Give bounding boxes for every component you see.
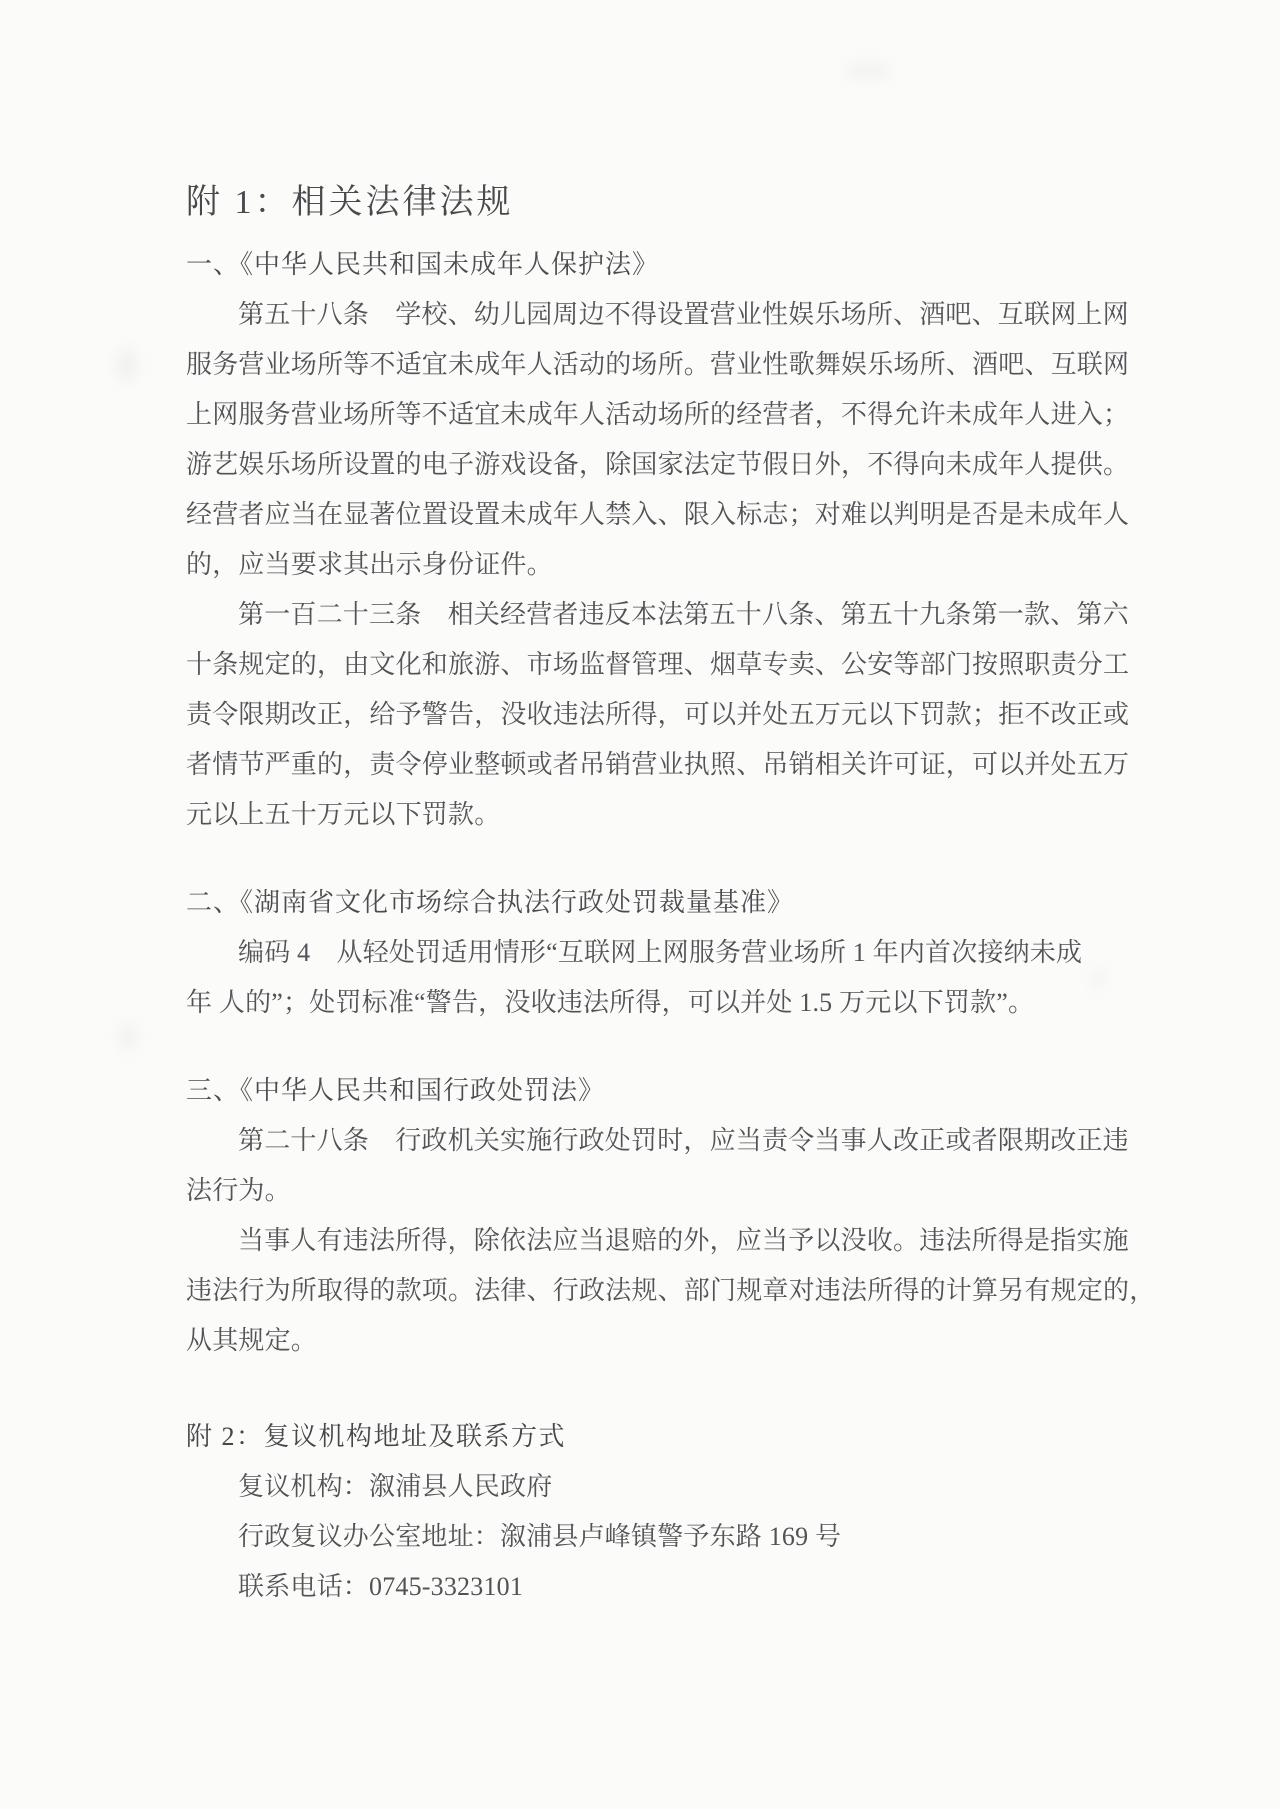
attachment2-heading: 附 2：复议机构地址及联系方式 <box>186 1412 1120 1462</box>
section-minor-protection-law: 一、《中华人民共和国未成年人保护法》 第五十八条 学校、幼儿园周边不得设置营业性… <box>186 240 1120 840</box>
text-line: 第五十八条 学校、幼儿园周边不得设置营业性娱乐场所、酒吧、互联网上网 <box>186 290 1120 340</box>
article-28-paragraph: 第二十八条 行政机关实施行政处罚时，应当责令当事人改正或者限期改正违 法行为。 <box>186 1116 1120 1216</box>
illegal-gains-paragraph: 当事人有违法所得，除依法应当退赔的外，应当予以没收。违法所得是指实施 违法行为所… <box>186 1216 1120 1366</box>
scan-smudge <box>118 1022 138 1052</box>
text-line: 上网服务营业场所等不适宜未成年人活动场所的经营者，不得允许未成年人进入； <box>186 390 1120 440</box>
text-line: 年 人的”；处罚标准“警告，没收违法所得，可以并处 1.5 万元以下罚款”。 <box>186 978 1120 1028</box>
text-line: 的，应当要求其出示身份证件。 <box>186 540 1120 590</box>
section-admin-penalty-law: 三、《中华人民共和国行政处罚法》 第二十八条 行政机关实施行政处罚时，应当责令当… <box>186 1066 1120 1366</box>
review-authority-line: 复议机构：溆浦县人民政府 <box>186 1462 1120 1512</box>
section2-heading: 二、《湖南省文化市场综合执法行政处罚裁量基准》 <box>186 878 1120 928</box>
section3-heading: 三、《中华人民共和国行政处罚法》 <box>186 1066 1120 1116</box>
code4-paragraph: 编码 4 从轻处罚适用情形“互联网上网服务营业场所 1 年内首次接纳未成 年 人… <box>186 928 1120 1028</box>
section-hunan-discretion-standard: 二、《湖南省文化市场综合执法行政处罚裁量基准》 编码 4 从轻处罚适用情形“互联… <box>186 878 1120 1028</box>
text-line: 从其规定。 <box>186 1316 1120 1366</box>
text-line: 第一百二十三条 相关经营者违反本法第五十八条、第五十九条第一款、第六 <box>186 590 1120 640</box>
scan-smudge <box>116 348 138 382</box>
text-line: 当事人有违法所得，除依法应当退赔的外，应当予以没收。违法所得是指实施 <box>186 1216 1120 1266</box>
section1-heading: 一、《中华人民共和国未成年人保护法》 <box>186 240 1120 290</box>
text-line: 者情节严重的，责令停业整顿或者吊销营业执照、吊销相关许可证，可以并处五万 <box>186 740 1120 790</box>
text-line: 十条规定的，由文化和旅游、市场监督管理、烟草专卖、公安等部门按照职责分工 <box>186 640 1120 690</box>
text-line: 违法行为所取得的款项。法律、行政法规、部门规章对违法所得的计算另有规定的， <box>186 1266 1120 1316</box>
text-line: 责令限期改正，给予警告，没收违法所得，可以并处五万元以下罚款；拒不改正或 <box>186 690 1120 740</box>
text-line: 第二十八条 行政机关实施行政处罚时，应当责令当事人改正或者限期改正违 <box>186 1116 1120 1166</box>
text-line: 编码 4 从轻处罚适用情形“互联网上网服务营业场所 1 年内首次接纳未成 <box>186 928 1120 978</box>
text-line: 法行为。 <box>186 1166 1120 1216</box>
contact-phone-line: 联系电话：0745-3323101 <box>186 1562 1120 1612</box>
text-line: 游艺娱乐场所设置的电子游戏设备，除国家法定节假日外，不得向未成年人提供。 <box>186 440 1120 490</box>
text-line: 经营者应当在显著位置设置未成年人禁入、限入标志；对难以判明是否是未成年人 <box>186 490 1120 540</box>
review-contact-info: 复议机构：溆浦县人民政府 行政复议办公室地址：溆浦县卢峰镇警予东路 169 号 … <box>186 1462 1120 1612</box>
scanned-document-page: 附 1：相关法律法规 一、《中华人民共和国未成年人保护法》 第五十八条 学校、幼… <box>0 0 1280 1809</box>
article-123-paragraph: 第一百二十三条 相关经营者违反本法第五十八条、第五十九条第一款、第六 十条规定的… <box>186 590 1120 840</box>
document-content: 附 1：相关法律法规 一、《中华人民共和国未成年人保护法》 第五十八条 学校、幼… <box>186 180 1120 1612</box>
text-line: 服务营业场所等不适宜未成年人活动的场所。营业性歌舞娱乐场所、酒吧、互联网 <box>186 340 1120 390</box>
attachment1-title: 附 1：相关法律法规 <box>186 180 1120 226</box>
scan-smudge <box>845 62 891 80</box>
text-line: 元以上五十万元以下罚款。 <box>186 790 1120 840</box>
article-58-paragraph: 第五十八条 学校、幼儿园周边不得设置营业性娱乐场所、酒吧、互联网上网 服务营业场… <box>186 290 1120 590</box>
review-office-address-line: 行政复议办公室地址：溆浦县卢峰镇警予东路 169 号 <box>186 1512 1120 1562</box>
attachment2-section: 附 2：复议机构地址及联系方式 复议机构：溆浦县人民政府 行政复议办公室地址：溆… <box>186 1412 1120 1612</box>
